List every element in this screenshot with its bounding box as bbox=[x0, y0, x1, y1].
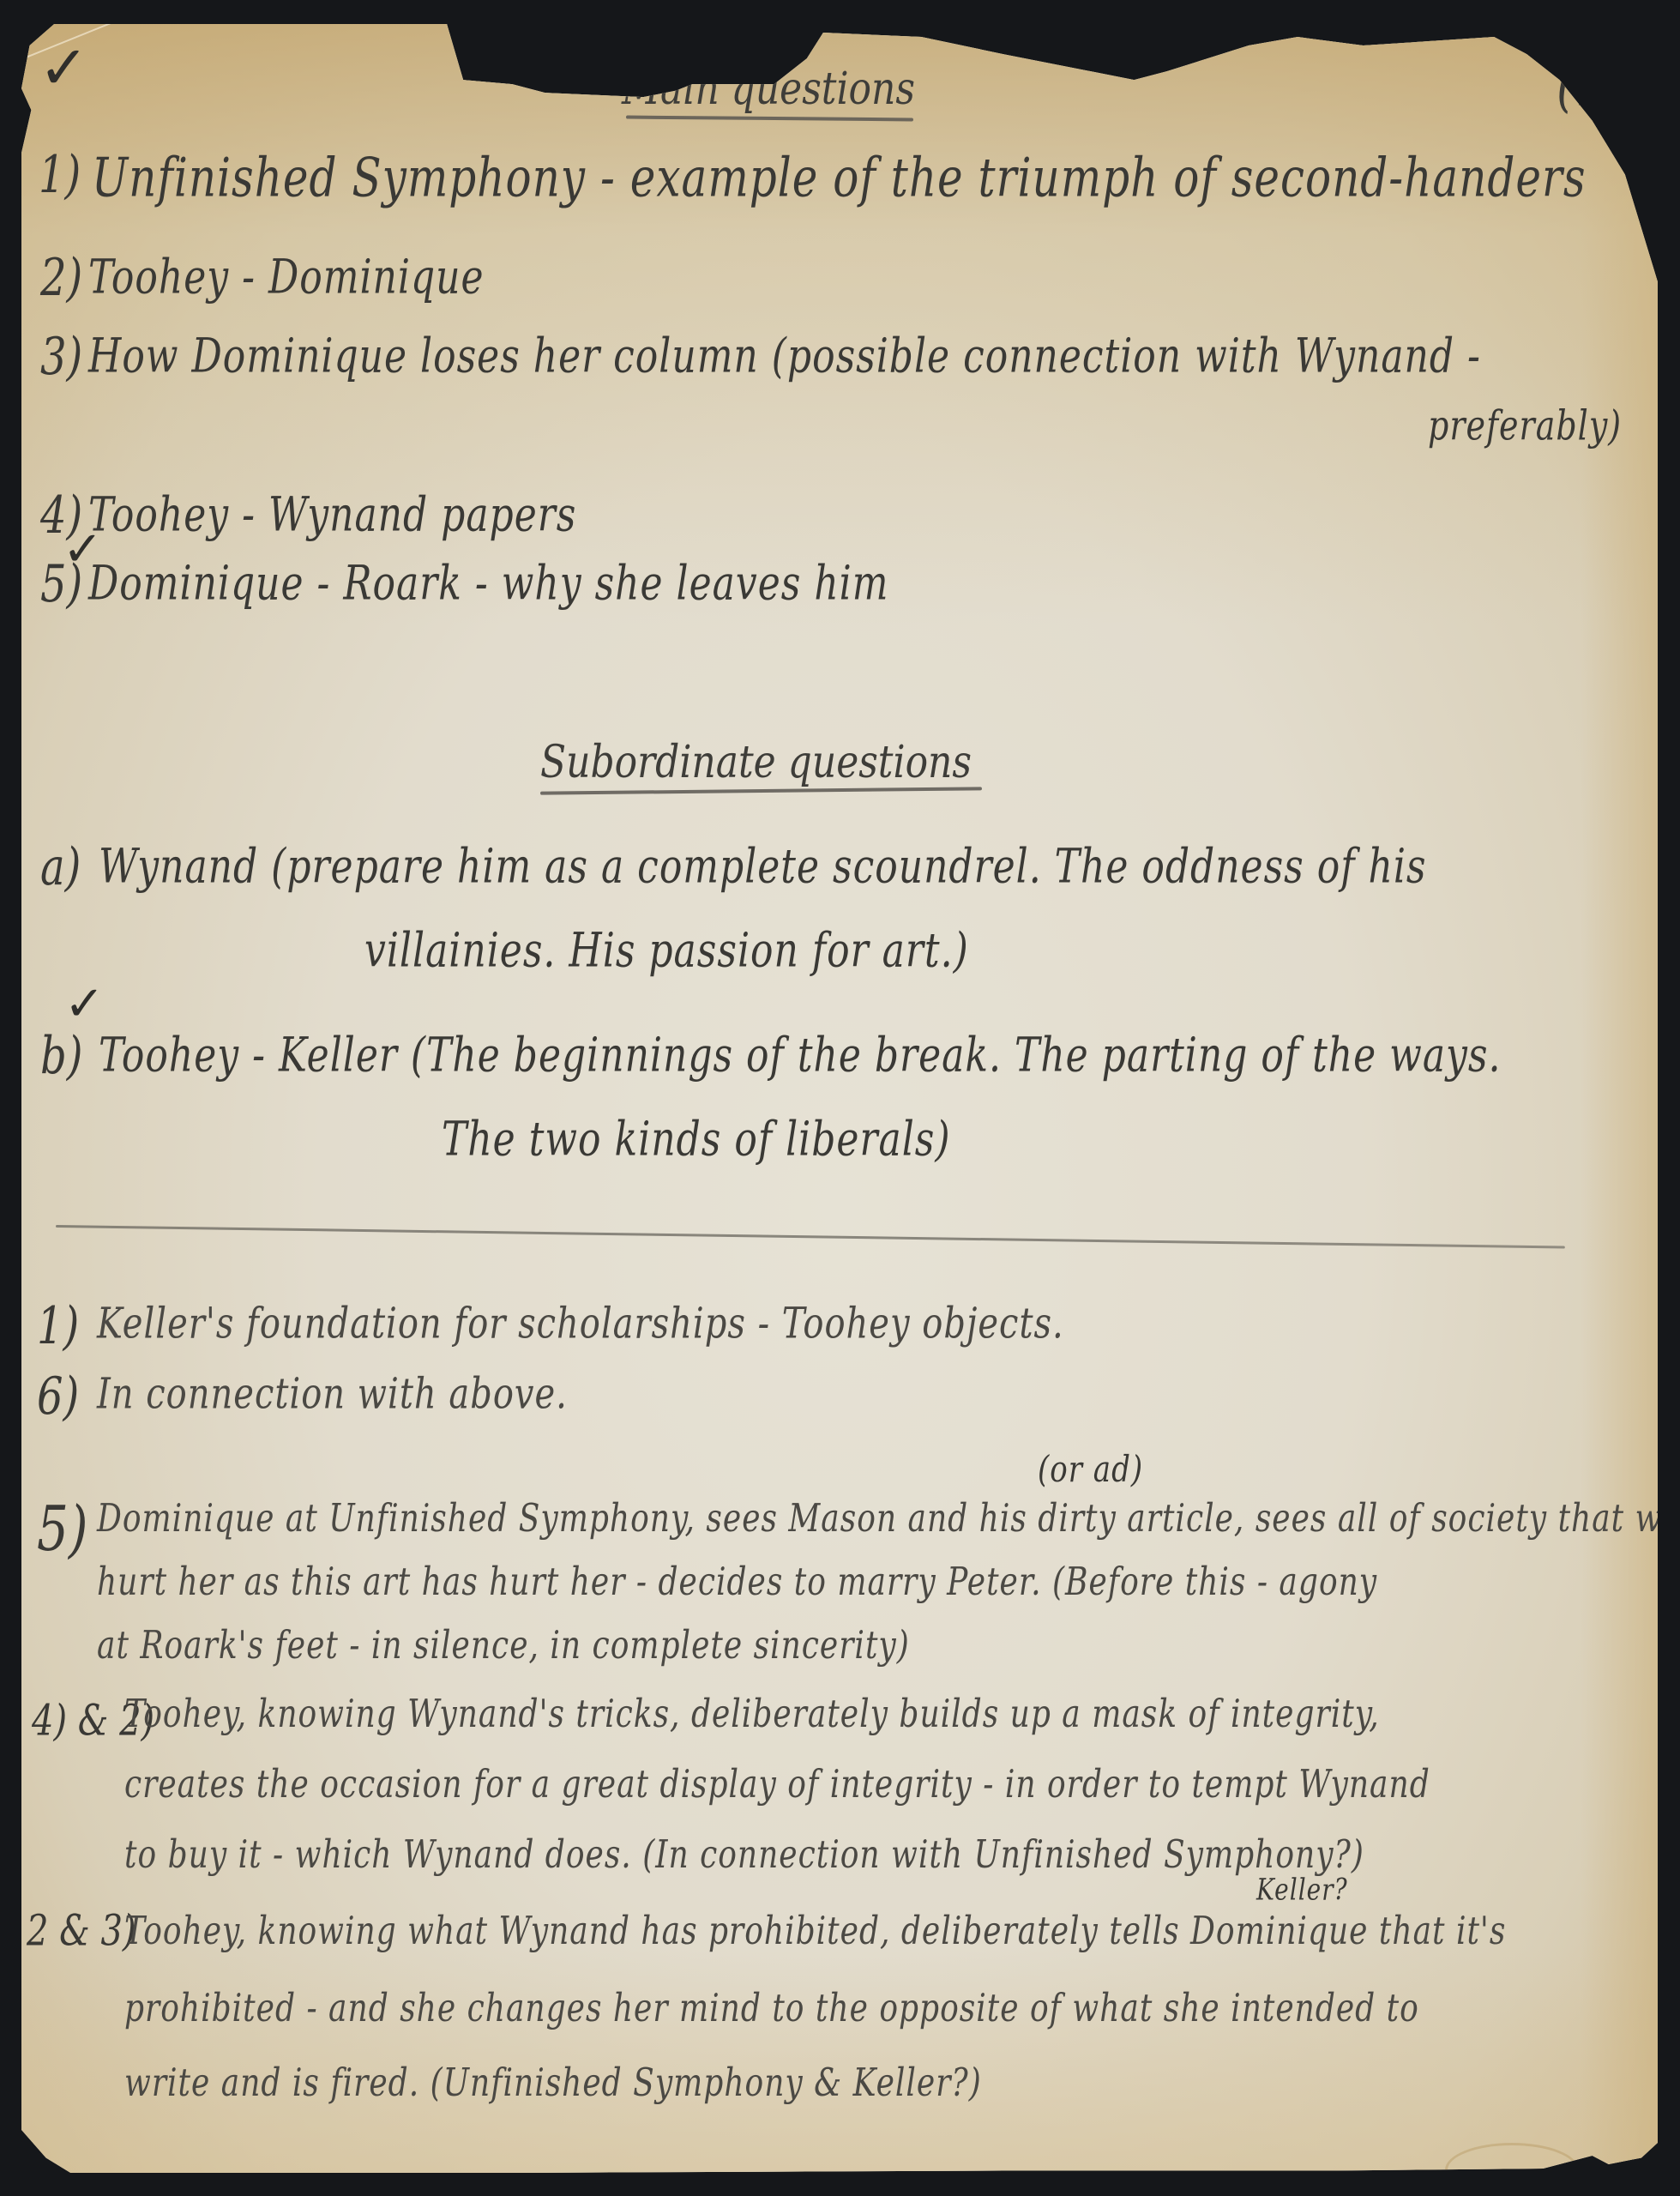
main-questions-heading: Main questions bbox=[622, 63, 915, 115]
note-5-annotation: Keller? bbox=[1256, 1872, 1348, 1907]
checkmark-icon: ✓ bbox=[64, 976, 105, 1032]
main-question-1: Unfinished Symphony - example of the tri… bbox=[92, 147, 1587, 209]
subordinate-question-b-line1: Toohey - Keller (The beginnings of the b… bbox=[99, 1029, 1501, 1083]
heading-underline bbox=[626, 116, 913, 122]
item-marker: 3) bbox=[40, 327, 82, 387]
main-question-3: How Dominique loses her column (possible… bbox=[88, 329, 1481, 384]
note-3-line1: Dominique at Unfinished Symphony, sees M… bbox=[97, 1497, 1680, 1541]
item-marker: 1) bbox=[39, 145, 81, 205]
item-marker: 5) bbox=[40, 554, 82, 614]
note-4-line2: creates the occasion for a great display… bbox=[124, 1763, 1430, 1807]
note-3-annotation: (or ad) bbox=[1038, 1448, 1143, 1491]
item-marker: 6) bbox=[37, 1366, 79, 1427]
item-marker: 1) bbox=[37, 1296, 79, 1356]
item-marker: 2) bbox=[40, 248, 82, 308]
note-3-line2: hurt her as this art has hurt her - deci… bbox=[97, 1560, 1377, 1604]
note-1-line1: Keller's foundation for scholarships - T… bbox=[97, 1299, 1064, 1348]
section-divider bbox=[56, 1225, 1565, 1249]
item-marker: b) bbox=[40, 1026, 82, 1086]
subordinate-question-a-line1: Wynand (prepare him as a complete scound… bbox=[99, 840, 1427, 895]
subordinate-question-b-line2: The two kinds of liberals) bbox=[442, 1113, 951, 1167]
water-stain bbox=[1445, 2143, 1579, 2196]
subordinate-questions-heading: Subordinate questions bbox=[540, 736, 972, 788]
main-question-5: Dominique - Roark - why she leaves him bbox=[88, 557, 888, 612]
manuscript-page: ✓ (1 Main questions 1) Unfinished Sympho… bbox=[21, 24, 1658, 2173]
main-question-2: Toohey - Dominique bbox=[88, 250, 485, 305]
paper-edge-shading bbox=[1581, 24, 1658, 2173]
note-5-line3: write and is fired. (Unfinished Symphony… bbox=[124, 2061, 982, 2105]
page-number: (1 bbox=[1557, 51, 1605, 119]
note-2-line1: In connection with above. bbox=[97, 1369, 568, 1419]
item-marker: a) bbox=[40, 837, 81, 897]
note-4-line1: Toohey, knowing Wynand's tricks, deliber… bbox=[124, 1692, 1380, 1736]
main-question-4: Toohey - Wynand papers bbox=[88, 488, 576, 543]
note-3-line3: at Roark's feet - in silence, in complet… bbox=[97, 1624, 910, 1668]
main-question-3-continuation: preferably) bbox=[1428, 402, 1622, 449]
item-marker: 2 & 3) bbox=[27, 1906, 136, 1956]
checkmark-icon: ✓ bbox=[39, 33, 89, 103]
note-5-line1: Toohey, knowing what Wynand has prohibit… bbox=[124, 1909, 1506, 1953]
item-marker: 5) bbox=[37, 1493, 88, 1566]
note-4-line3: to buy it - which Wynand does. (In conne… bbox=[124, 1833, 1364, 1877]
subordinate-question-a-line2: villainies. His passion for art.) bbox=[364, 924, 969, 979]
note-5-line2: prohibited - and she changes her mind to… bbox=[124, 1987, 1419, 2030]
